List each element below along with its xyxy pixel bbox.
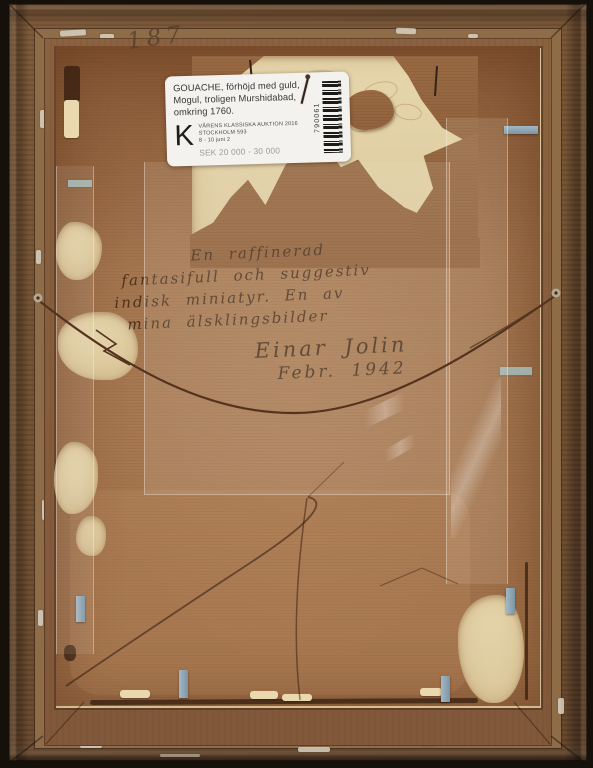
label-bottom-row: K VÅRENS KLASSISKA AUKTION 2016 STOCKHOL… xyxy=(174,120,310,158)
stretcher-mitre-line xyxy=(514,702,550,744)
frame-mitre-line xyxy=(10,736,43,762)
estimate-text: SEK 20 000 - 30 000 xyxy=(199,145,299,158)
hanging-wire xyxy=(38,296,555,413)
frame-mitre-line xyxy=(551,5,584,38)
crack-line xyxy=(380,568,458,586)
frame-mitre-line xyxy=(551,736,584,762)
label-text-block: GOUACHE, förhöjd med guld, Mogul, trolig… xyxy=(173,80,310,160)
auction-label: GOUACHE, förhöjd med guld, Mogul, trolig… xyxy=(165,71,351,166)
crack-line xyxy=(66,497,316,686)
screw-eye xyxy=(554,291,557,294)
stretcher-mitre-line xyxy=(46,702,84,744)
barcode-zone: 790061 xyxy=(308,79,343,156)
nail xyxy=(435,66,437,96)
barcode-number: 790061 xyxy=(314,102,322,133)
screw-eye xyxy=(36,296,39,299)
label-title: GOUACHE, förhöjd med guld, Mogul, trolig… xyxy=(173,80,309,119)
bukowskis-logo-letter: K xyxy=(174,123,194,158)
frame-mitre-line xyxy=(10,5,43,38)
framed-artwork-back-photo: En raffinerad fantasifull och suggestiv … xyxy=(0,0,593,768)
crack-line xyxy=(308,462,344,497)
barcode xyxy=(322,81,343,154)
auction-info-line: 8 - 10 juni 2 xyxy=(199,135,299,145)
auction-info: VÅRENS KLASSISKA AUKTION 2016 STOCKHOLM … xyxy=(198,121,298,158)
wire-twist xyxy=(470,296,555,348)
